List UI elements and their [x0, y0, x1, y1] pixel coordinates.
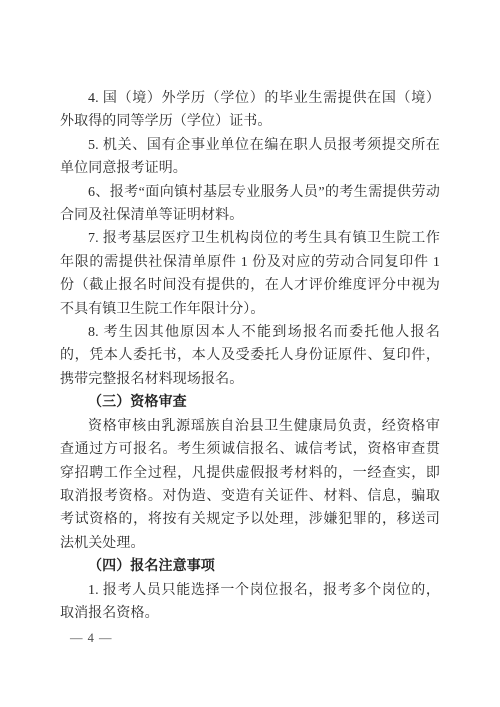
paragraph: 1. 报考人员只能选择一个岗位报名，报考多个岗位的，取消报名资格。	[60, 579, 440, 626]
paragraph: 7. 报考基层医疗卫生机构岗位的考生具有镇卫生院工作年限的需提供社保清单原件 1…	[60, 227, 440, 321]
page-number: — 4 —	[70, 629, 113, 647]
paragraph: 资格审核由乳源瑶族自治县卫生健康局负责，经资格审查通过方可报名。考生须诚信报名、…	[60, 415, 440, 555]
paragraph: 5. 机关、国有企事业单位在编在职人员报考须提交所在单位同意报考证明。	[60, 134, 440, 181]
document-body: 4. 国（境）外学历（学位）的毕业生需提供在国（境）外取得的同等学历（学位）证书…	[60, 87, 440, 625]
document-page: 4. 国（境）外学历（学位）的毕业生需提供在国（境）外取得的同等学历（学位）证书…	[0, 0, 500, 707]
paragraph: 8. 考生因其他原因本人不能到场报名而委托他人报名的，凭本人委托书，本人及受委托…	[60, 321, 440, 391]
section-heading: （四）报名注意事项	[60, 555, 440, 578]
paragraph: 6、报考“面向镇村基层专业服务人员”的考生需提供劳动合同及社保清单等证明材料。	[60, 181, 440, 228]
section-heading: （三）资格审查	[60, 391, 440, 414]
paragraph: 4. 国（境）外学历（学位）的毕业生需提供在国（境）外取得的同等学历（学位）证书…	[60, 87, 440, 134]
